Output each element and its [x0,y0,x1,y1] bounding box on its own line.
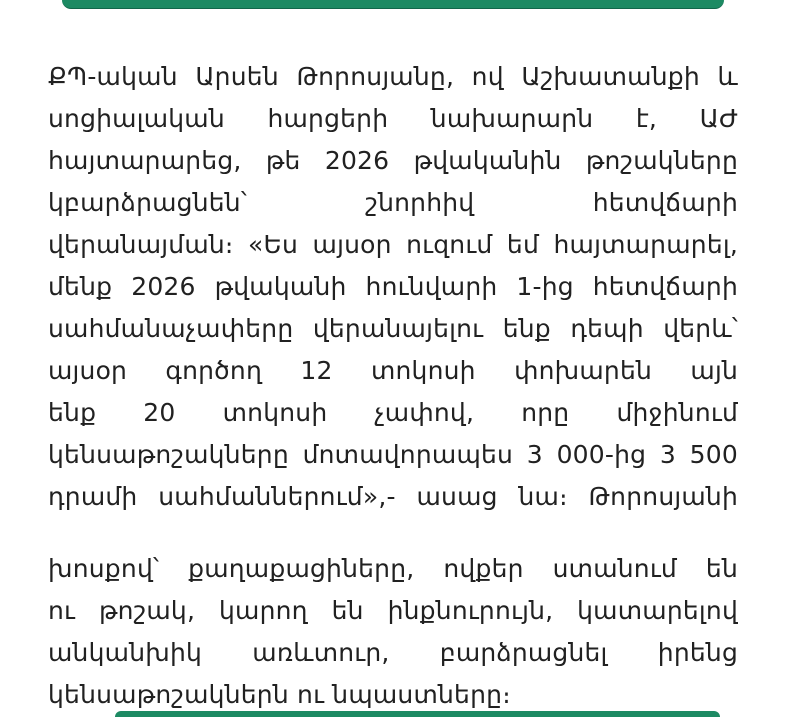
text-line: հայտարարեց, թե 2026 թվականին թոշակները [48,140,738,182]
text-line: սահմանաչափերը վերանայելու ենք դեպի վերև՝ [48,308,738,350]
text-line: ու թոշակ, կարող են ինքնուրույն, կատարելո… [48,590,738,632]
text-line: կենսաթոշակներն ու նպաստները։ [48,674,738,716]
text-line: խոսքով՝ քաղաքացիները, ովքեր ստանում են ն… [48,548,738,590]
article-page: ՔՊ-ական Արսեն Թորոսյանը, ով Աշխատանքի և … [0,0,800,717]
text-line: անկանխիկ առևտուր, բարձրացնել իրենց [48,632,738,674]
bottom-card-top-edge[interactable] [115,711,720,717]
top-card-bottom-edge[interactable] [62,0,724,9]
text-line: ՔՊ-ական Արսեն Թորոսյանը, ով Աշխատանքի և [48,56,738,98]
paragraph-1: ՔՊ-ական Արսեն Թորոսյանը, ով Աշխատանքի և … [48,56,738,518]
text-line: վերանայման։ «Ես այսօր ուզում եմ հայտարար… [48,224,738,266]
text-line: այսօր գործող 12 տոկոսի փոխարեն այն սահմա… [48,350,738,392]
text-line: կենսաթոշակները մոտավորապես 3 000-ից 3 50… [48,434,738,476]
text-line: մենք 2026 թվականի հունվարի 1-ից հետվճարի [48,266,738,308]
text-line: կբարձրացնեն՝ շնորհիվ հետվճարի սահմանաչափ… [48,182,738,224]
text-line: սոցիալական հարցերի նախարարն է, ԱԺ ամբիոն… [48,98,738,140]
article-text: ՔՊ-ական Արսեն Թորոսյանը, ով Աշխատանքի և … [48,56,738,716]
text-line: ենք 20 տոկոսի չափով, որը միջինում բարձրա… [48,392,738,434]
paragraph-2: խոսքով՝ քաղաքացիները, ովքեր ստանում են ն… [48,548,738,716]
text-line: դրամի սահմաններում»,- ասաց նա։ Թորոսյանի [48,476,738,518]
